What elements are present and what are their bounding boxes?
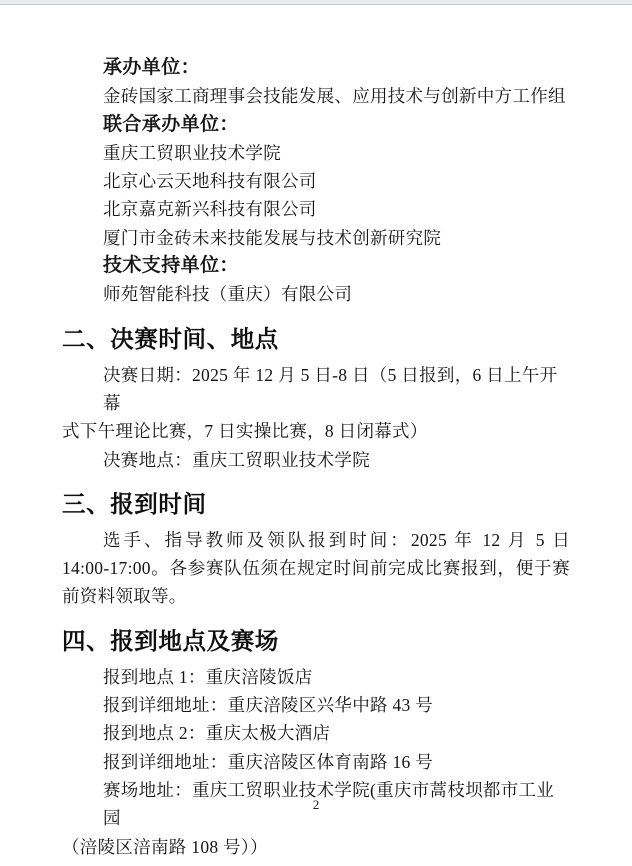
doc-text-line: 厦门市金砖未来技能发展与技术创新研究院 — [62, 224, 570, 252]
doc-text-line: 报到详细地址：重庆涪陵区体育南路 16 号 — [62, 748, 570, 776]
doc-text-line: 式下午理论比赛，7 日实操比赛，8 日闭幕式） — [62, 417, 570, 445]
doc-text-line: 决赛日期：2025 年 12 月 5 日-8 日（5 日报到，6 日上午开幕 — [62, 361, 570, 418]
doc-text-line: 金砖国家工商理事会技能发展、应用技术与创新中方工作组 — [62, 82, 570, 110]
doc-text-line: 决赛地点：重庆工贸职业技术学院 — [62, 446, 570, 474]
doc-section-heading: 四、报到地点及赛场 — [62, 625, 570, 657]
doc-text-line: 重庆工贸职业技术学院 — [62, 139, 570, 167]
doc-text-line: （涪陵区涪南路 108 号）） — [62, 833, 570, 861]
doc-text-line: 14:00-17:00。各参赛队伍须在规定时间前完成比赛报到，便于赛 — [62, 554, 570, 582]
doc-text-line: 报到地点 1：重庆涪陵饭店 — [62, 663, 570, 691]
doc-section-heading: 二、决赛时间、地点 — [62, 323, 570, 355]
doc-text-line: 师苑智能科技（重庆）有限公司 — [62, 280, 570, 308]
doc-text-line: 北京心云天地科技有限公司 — [62, 167, 570, 195]
document-page: 承办单位：金砖国家工商理事会技能发展、应用技术与创新中方工作组联合承办单位：重庆… — [0, 0, 632, 866]
doc-section-heading: 三、报到时间 — [62, 488, 570, 520]
doc-text-line: 报到地点 2：重庆太极大酒店 — [62, 719, 570, 747]
doc-label-line: 联合承办单位： — [62, 111, 570, 139]
document-content: 承办单位：金砖国家工商理事会技能发展、应用技术与创新中方工作组联合承办单位：重庆… — [62, 54, 570, 861]
doc-text-line: 选手、指导教师及领队报到时间：2025 年 12 月 5 日 — [62, 526, 570, 554]
window-top-edge — [0, 0, 632, 5]
doc-label-line: 承办单位： — [62, 54, 570, 82]
doc-text-line: 报到详细地址：重庆涪陵区兴华中路 43 号 — [62, 691, 570, 719]
doc-text-line: 北京嘉克新兴科技有限公司 — [62, 195, 570, 223]
page-number: 2 — [0, 797, 632, 813]
doc-label-line: 技术支持单位： — [62, 252, 570, 280]
doc-text-line: 前资料领取等。 — [62, 582, 570, 610]
